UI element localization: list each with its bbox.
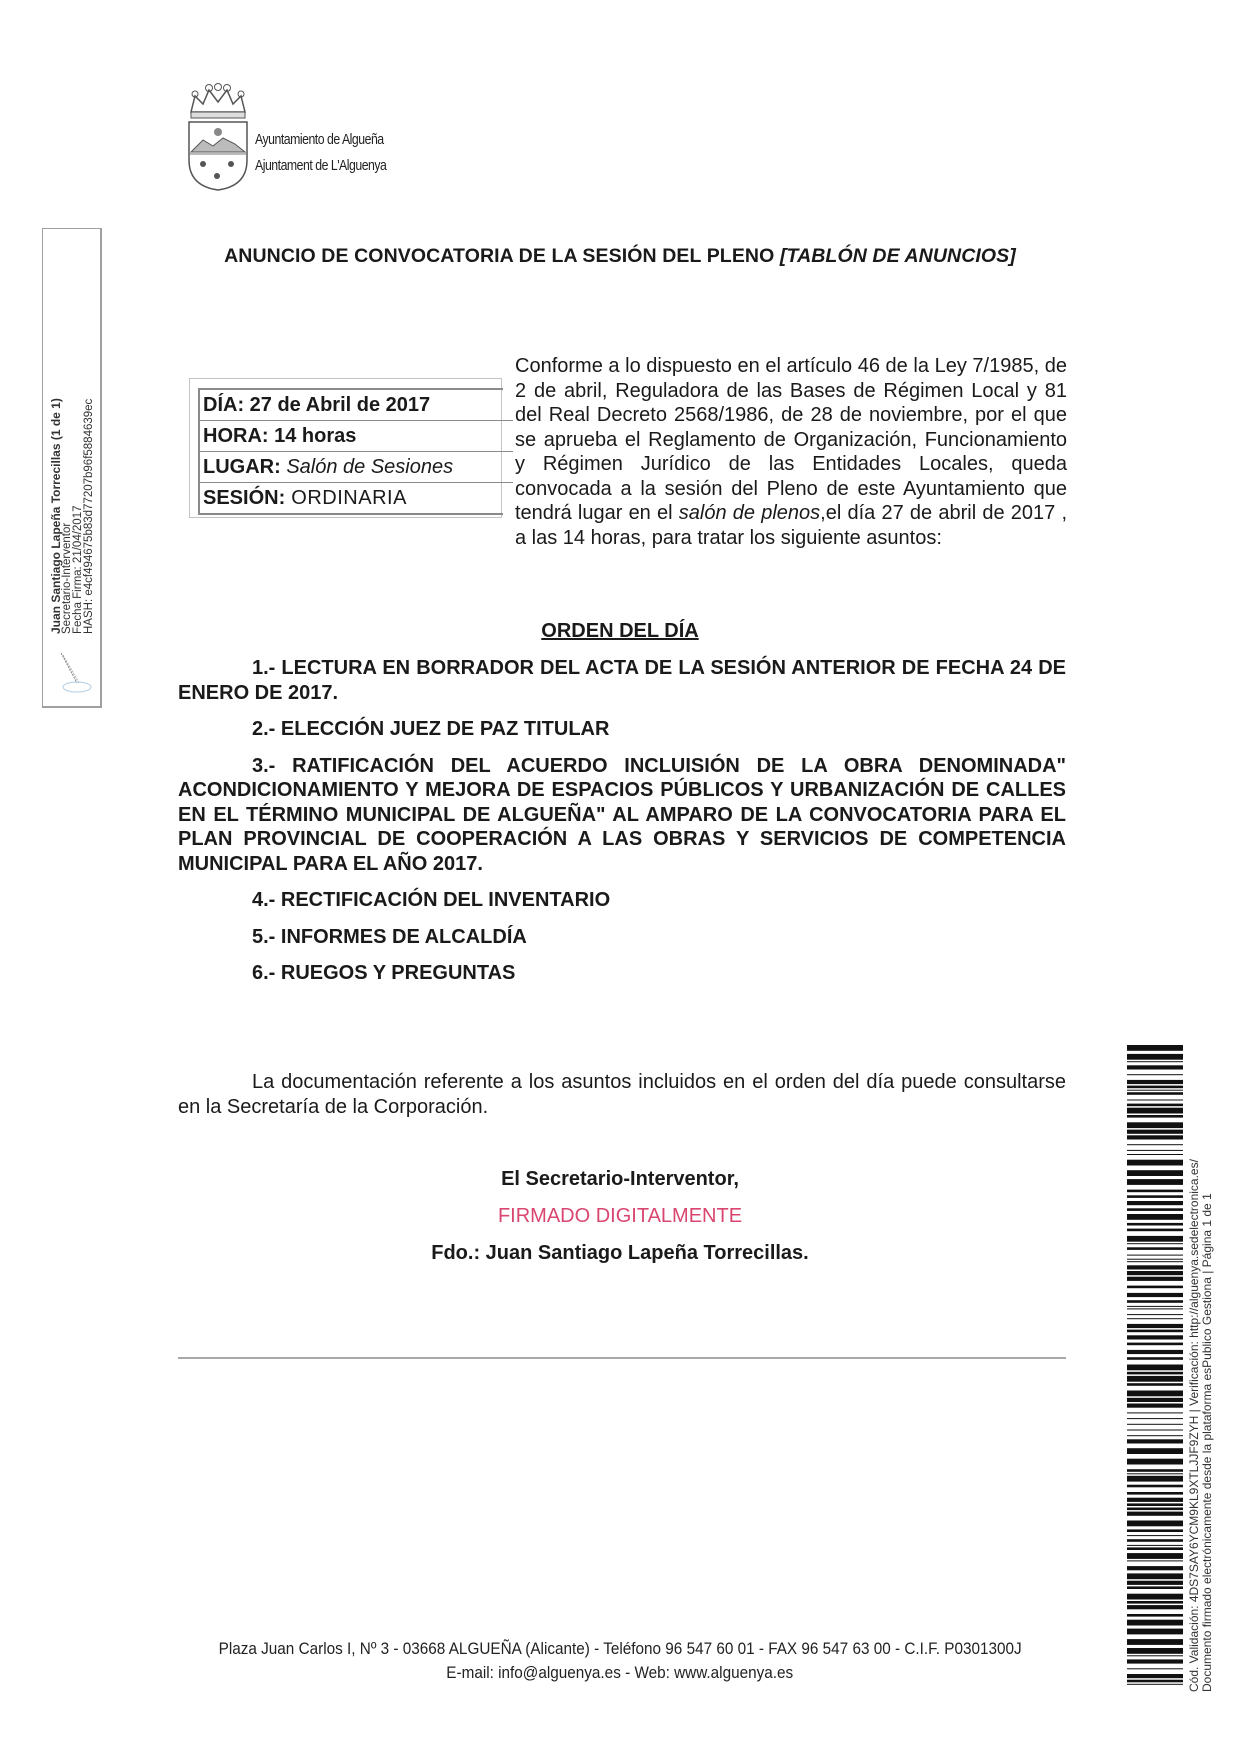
title-tag: [TABLÓN DE ANUNCIOS] <box>780 245 1016 267</box>
footer-contact: E-mail: info@alguenya.es - Web: www.algu… <box>447 1661 794 1685</box>
signature-role: El Secretario-Interventor, <box>0 1168 1240 1191</box>
info-row-sesion: SESIÓN: ORDINARIA <box>200 483 503 513</box>
session-info-box: DÍA: 27 de Abril de 2017 HORA: 14 horas … <box>198 388 503 515</box>
agenda-item: 5.- INFORMES DE ALCALDÍA <box>178 925 1066 950</box>
stamp-hash: HASH: e4cf494675b83d77207b96f5884639ec <box>84 398 95 634</box>
org-name-va: Ajuntament de L'Alguenya <box>255 153 386 179</box>
intro-paragraph: Conforme a lo dispuesto en el artículo 4… <box>515 354 1067 550</box>
agenda-list: 1.- LECTURA EN BORRADOR DEL ACTA DE LA S… <box>178 656 1066 998</box>
agenda-item: 1.- LECTURA EN BORRADOR DEL ACTA DE LA S… <box>178 656 1066 705</box>
municipal-logo: Ayuntamiento de Algueña Ajuntament de L'… <box>185 82 385 192</box>
agenda-item: 6.- RUEGOS Y PREGUNTAS <box>178 961 1066 986</box>
footer-divider <box>178 1357 1066 1359</box>
signer-name: Fdo.: Juan Santiago Lapeña Torrecillas. <box>0 1242 1240 1265</box>
platform-note: Documento firmado electrónicamente desde… <box>1201 1159 1214 1692</box>
agenda-title: ORDEN DEL DÍA <box>0 620 1240 643</box>
info-row-hora: HORA: 14 horas <box>200 421 503 452</box>
page-title: ANUNCIO DE CONVOCATORIA DE LA SESIÓN DEL… <box>0 245 1240 268</box>
page-footer: Plaza Juan Carlos I, Nº 3 - 03668 ALGUEÑ… <box>0 1637 1240 1685</box>
agenda-item: 4.- RECTIFICACIÓN DEL INVENTARIO <box>178 888 1066 913</box>
signature-quill-icon <box>53 649 95 701</box>
coat-of-arms-icon <box>185 82 251 192</box>
info-row-dia: DÍA: 27 de Abril de 2017 <box>200 390 503 421</box>
verification-text: Cód. Validación: 4DS7SAY6YCM9KL9XTLJJF9Z… <box>1188 1159 1214 1692</box>
info-row-lugar: LUGAR: Salón de Sesiones <box>200 452 503 483</box>
agenda-item: 3.- RATIFICACIÓN DEL ACUERDO INCLUISIÓN … <box>178 754 1066 877</box>
digital-signature-status: FIRMADO DIGITALMENTE <box>0 1205 1240 1228</box>
org-name-es: Ayuntamiento de Algueña <box>255 127 386 153</box>
agenda-item: 2.- ELECCIÓN JUEZ DE PAZ TITULAR <box>178 717 1066 742</box>
footer-address: Plaza Juan Carlos I, Nº 3 - 03668 ALGUEÑ… <box>218 1637 1021 1661</box>
barcode-icon <box>1127 1045 1183 1690</box>
closing-paragraph: La documentación referente a los asuntos… <box>178 1070 1066 1120</box>
